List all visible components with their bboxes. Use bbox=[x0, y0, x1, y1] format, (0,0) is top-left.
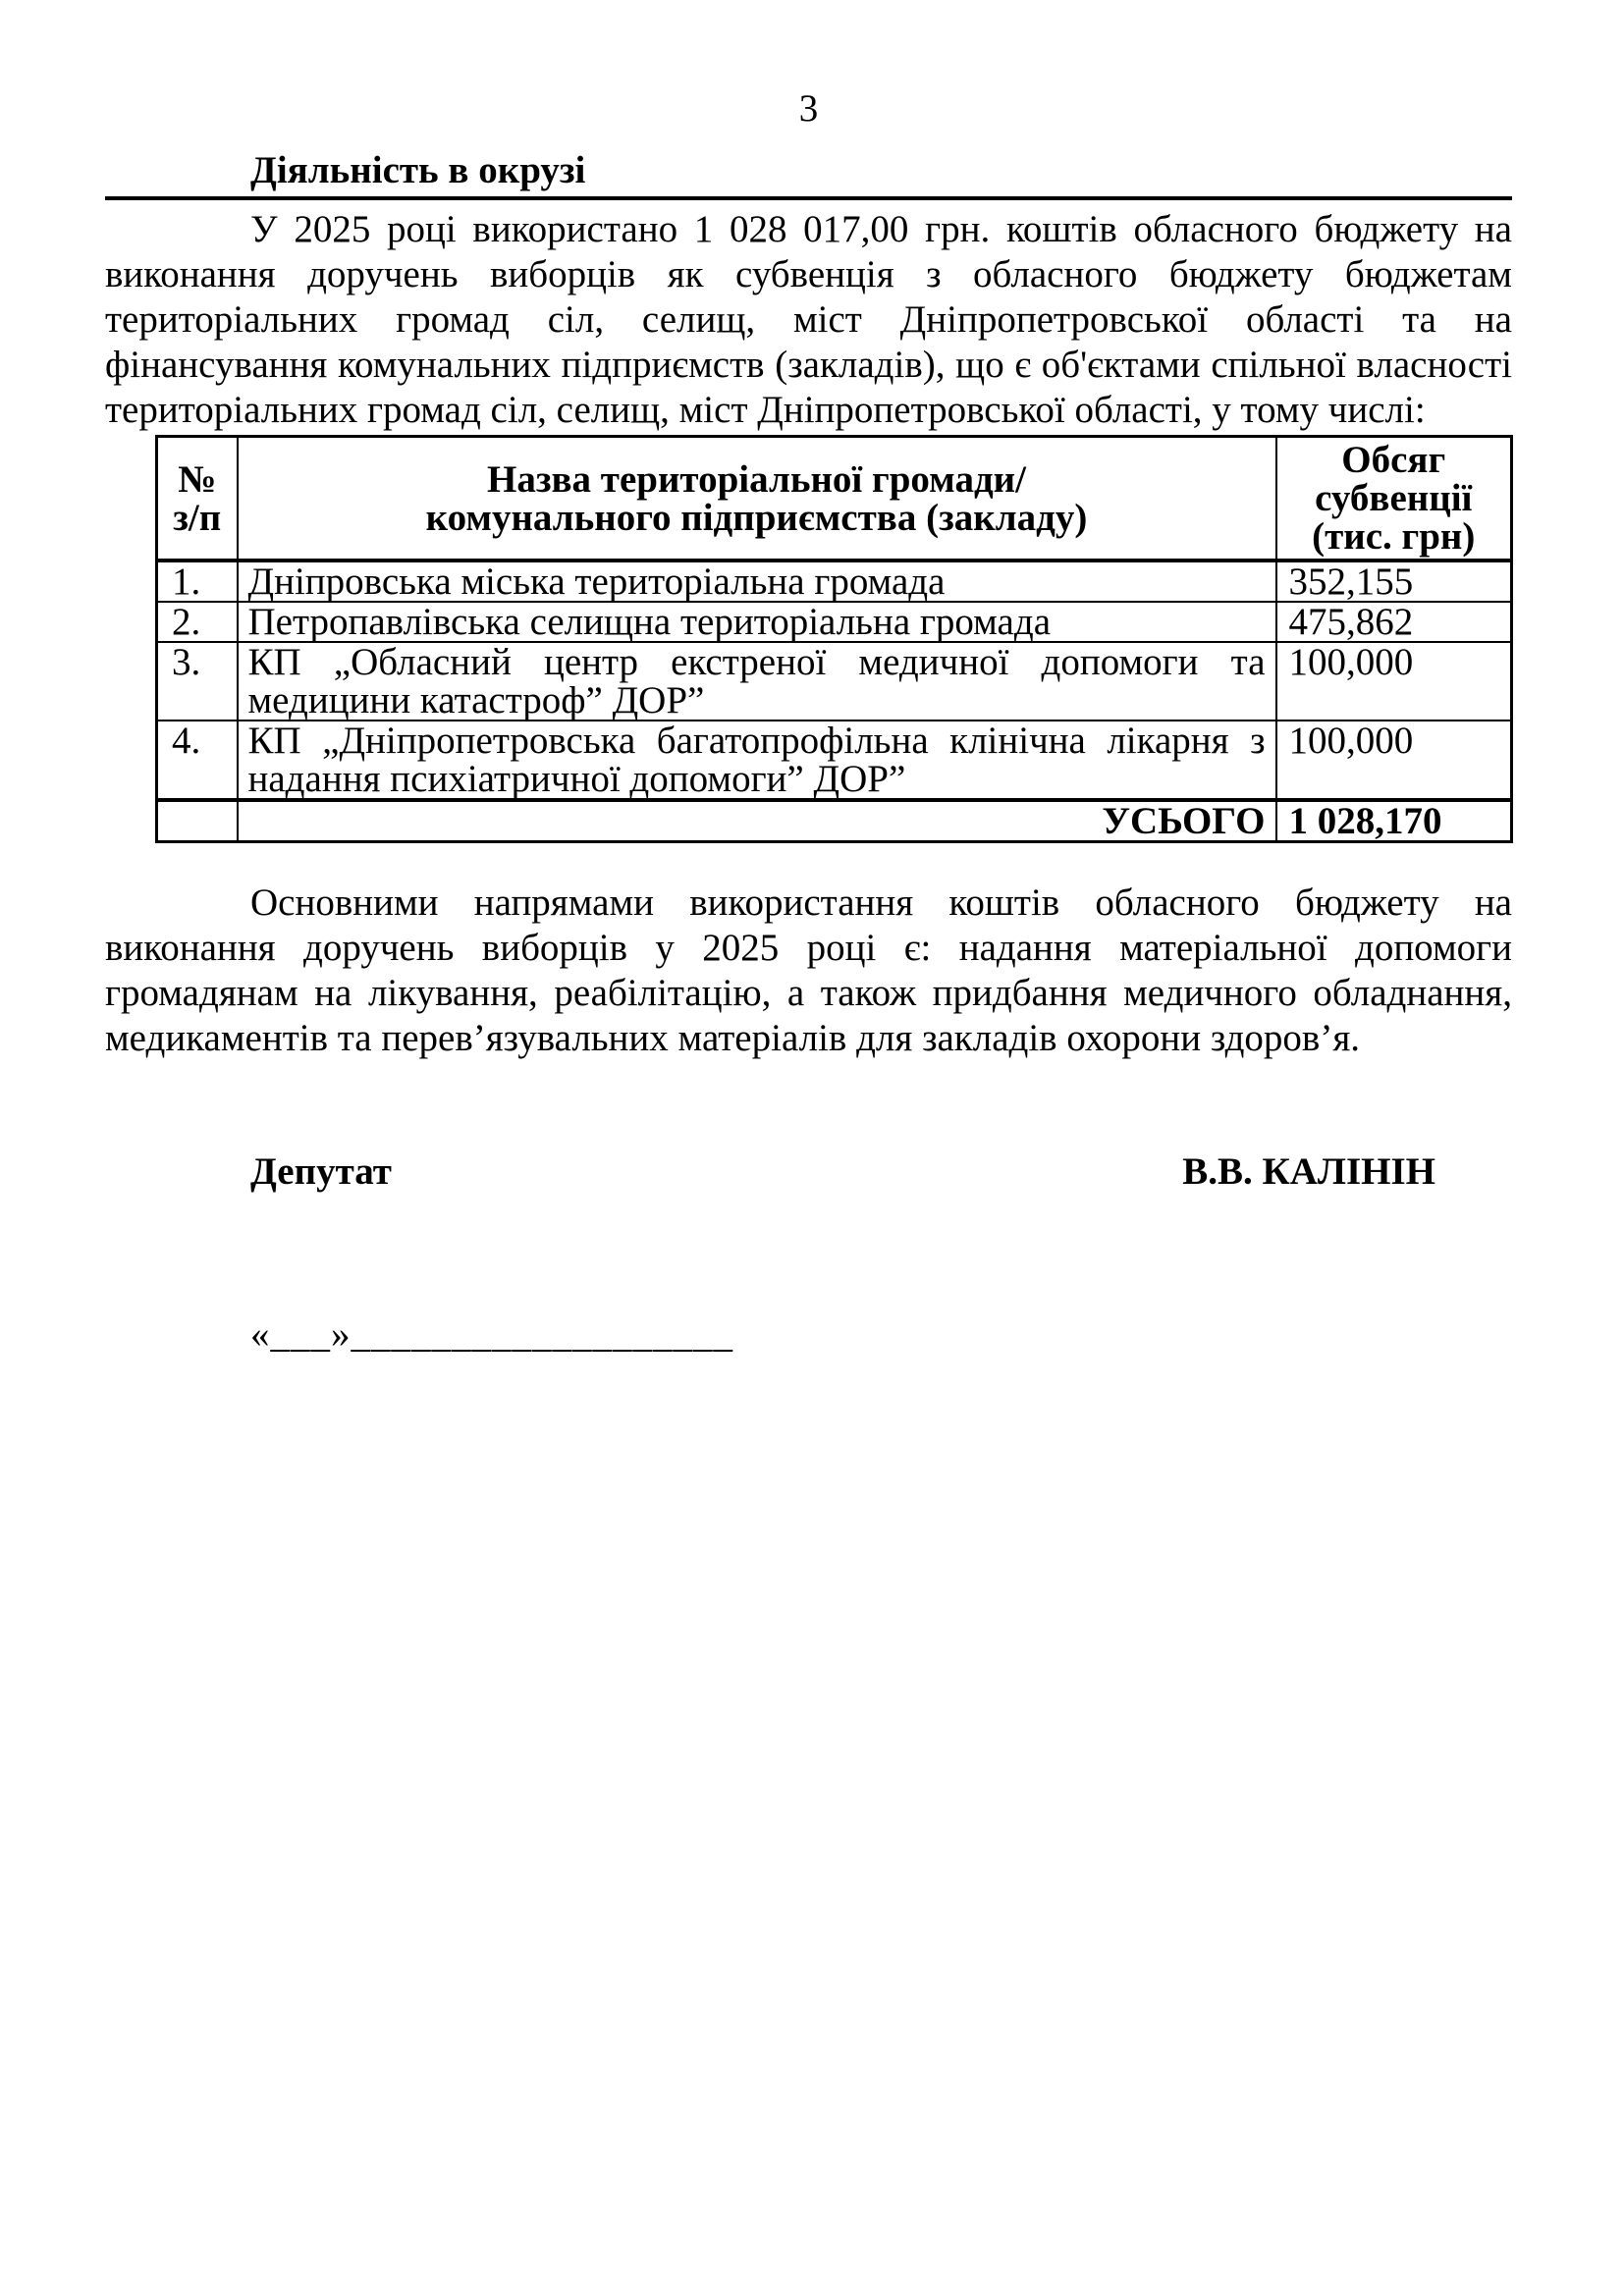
row-number: 2. bbox=[157, 602, 238, 642]
signature-name: В.В. КАЛІНІН bbox=[1182, 1149, 1435, 1195]
row-number: 1. bbox=[157, 561, 238, 602]
signature-role: Депутат bbox=[250, 1149, 392, 1195]
paragraph-spending-directions: Основними напрямами використання коштів … bbox=[105, 881, 1512, 1061]
subvention-table: № з/п Назва територіальної громади/ кому… bbox=[155, 435, 1513, 843]
table-row: 3. КП „Обласний центр екстреної медичної… bbox=[157, 642, 1512, 721]
table-row: 2. Петропавлівська селищна територіальна… bbox=[157, 602, 1512, 642]
section-heading-rule: Діяльність в окрузі bbox=[105, 148, 1512, 200]
row-amount: 100,000 bbox=[1276, 642, 1512, 721]
signature-date-line: «___»___________________ bbox=[105, 1312, 1512, 1358]
column-header-name: Назва територіальної громади/ комунально… bbox=[238, 437, 1276, 561]
row-name: Петропавлівська селищна територіальна гр… bbox=[238, 602, 1276, 642]
subvention-table-header: № з/п Назва територіальної громади/ кому… bbox=[157, 437, 1512, 561]
section-heading: Діяльність в окрузі bbox=[250, 149, 585, 191]
column-header-number: № з/п bbox=[157, 437, 238, 561]
row-name: Дніпровська міська територіальна громада bbox=[238, 561, 1276, 602]
total-empty-cell bbox=[157, 800, 238, 842]
paragraph-subvention-intro: У 2025 році використано 1 028 017,00 грн… bbox=[105, 207, 1512, 433]
table-total-row: УСЬОГО 1 028,170 bbox=[157, 800, 1512, 842]
row-name: КП „Дніпропетровська багатопрофільна клі… bbox=[238, 721, 1276, 800]
row-amount: 352,155 bbox=[1276, 561, 1512, 602]
row-amount: 475,862 bbox=[1276, 602, 1512, 642]
row-number: 3. bbox=[157, 642, 238, 721]
row-amount: 100,000 bbox=[1276, 721, 1512, 800]
document-page: 3 Діяльність в окрузі У 2025 році викори… bbox=[0, 0, 1624, 1358]
row-name: КП „Обласний центр екстреної медичної до… bbox=[238, 642, 1276, 721]
total-amount: 1 028,170 bbox=[1276, 800, 1512, 842]
total-label: УСЬОГО bbox=[238, 800, 1276, 842]
row-number: 4. bbox=[157, 721, 238, 800]
page-number: 3 bbox=[105, 86, 1512, 132]
signature-row: Депутат В.В. КАЛІНІН bbox=[105, 1149, 1512, 1195]
table-row: 4. КП „Дніпропетровська багатопрофільна … bbox=[157, 721, 1512, 800]
table-row: 1. Дніпровська міська територіальна гром… bbox=[157, 561, 1512, 602]
column-header-amount: Обсяг субвенції (тис. грн) bbox=[1276, 437, 1512, 561]
